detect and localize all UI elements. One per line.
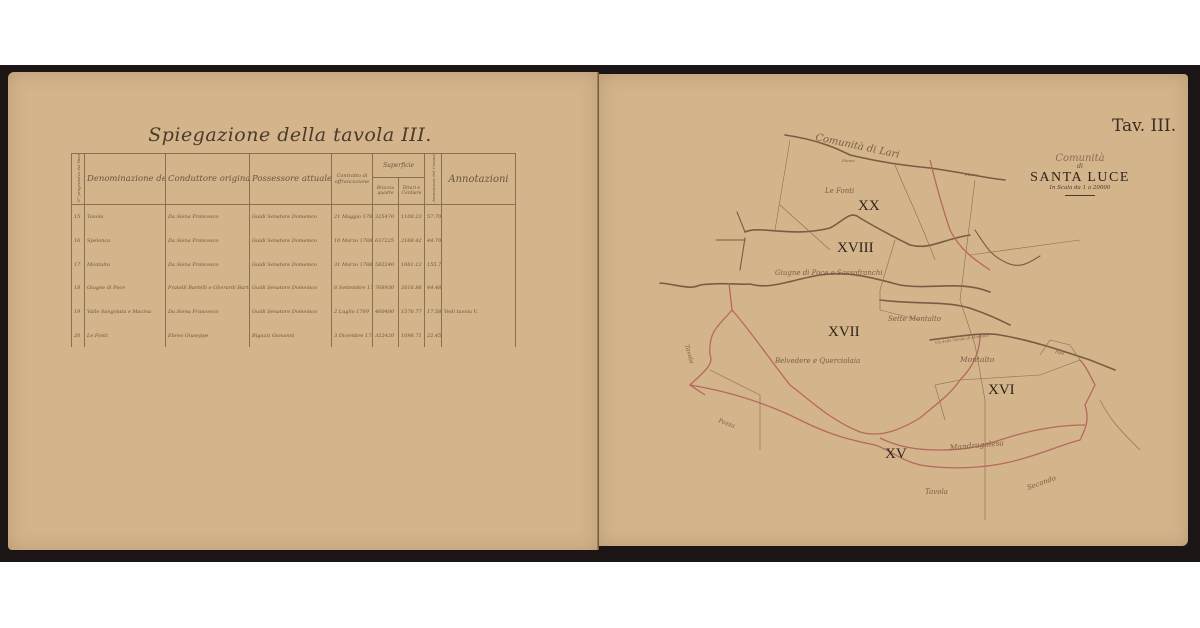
label-montalto: Montalto bbox=[959, 355, 995, 364]
label-tavola-bottom: Tavola bbox=[925, 488, 948, 496]
header-fee: Ammontare del Canone bbox=[425, 154, 442, 205]
header-denomination: Denominazione del Fondo bbox=[85, 154, 166, 205]
header-braccia: Braccia quadre bbox=[373, 178, 399, 205]
map-scale: In Scala da 1 a 20000 bbox=[1010, 185, 1150, 191]
table-row: 18Giugne di PoceFratelli Bartelli e Gher… bbox=[72, 276, 516, 300]
header-notes: Annotazioni bbox=[442, 154, 516, 205]
label-belvedere: Belvedere e Querciolaia bbox=[774, 357, 860, 365]
label-road: Via della Tenuta di Montalto bbox=[934, 332, 989, 345]
legend-title: Spiegazione della tavola III. bbox=[60, 124, 520, 146]
parcel-xv: XV bbox=[885, 446, 907, 462]
parcel-xx: XX bbox=[858, 198, 880, 214]
plate-label: Tav. III. bbox=[1112, 116, 1176, 136]
table-row: 20Le FontiEbreo GiuseppeBigazzi Giovanni… bbox=[72, 324, 516, 348]
header-number: N° progressivo dei Beni bbox=[72, 154, 85, 205]
table-row: 19Valle Sangolata e MacinaDa Siena Franc… bbox=[72, 300, 516, 324]
label-ripa: Ripa bbox=[1054, 349, 1066, 356]
label-tavola-left: Tavola bbox=[683, 344, 695, 365]
header-original-owner: Conduttore originario bbox=[166, 154, 250, 205]
title-underline bbox=[1065, 195, 1095, 196]
header-ettari: Ettari e Centiare bbox=[399, 178, 425, 205]
parcel-xvii: XVII bbox=[828, 324, 860, 340]
label-fiume-2: Fiume bbox=[964, 172, 978, 177]
header-contract: Contratto di affrancazione bbox=[332, 154, 373, 205]
label-sette-montalto: Sette Montalto bbox=[888, 315, 941, 323]
label-fiume-1: Fiume bbox=[841, 158, 855, 163]
parcel-xvi: XVI bbox=[988, 382, 1015, 398]
header-surface: Superficie bbox=[373, 154, 425, 178]
parcel-xviii: XVIII bbox=[837, 240, 874, 256]
community-name: SANTA LUCE bbox=[1010, 170, 1150, 185]
label-le-fonti: Le Fonti bbox=[824, 187, 854, 195]
cadastral-map: XX XVIII XVII XVI XV Comunità di Lari Fi… bbox=[599, 74, 1188, 546]
table-row: 15TavolaDa Siena FrancescoGuidi Senatore… bbox=[72, 205, 516, 229]
label-giugne: Giugne di Poce e Sassofranchi bbox=[775, 269, 883, 277]
header-current-owner: Possessore attuale bbox=[250, 154, 332, 205]
legend-table: N° progressivo dei Beni Denominazione de… bbox=[71, 153, 516, 347]
table-row: 16SpeloncaDa Siena FrancescoGuidi Senato… bbox=[72, 229, 516, 253]
label-secondo: Secondo bbox=[1026, 474, 1057, 492]
label-mandragolesa: Mandragolesa bbox=[948, 438, 1004, 452]
map-title-block: Comunità di SANTA LUCE In Scala da 1 a 2… bbox=[1010, 153, 1150, 196]
label-pozza: Pozza bbox=[716, 417, 736, 430]
table-row: 17MontaltoDa Siena FrancescoGuidi Senato… bbox=[72, 253, 516, 277]
